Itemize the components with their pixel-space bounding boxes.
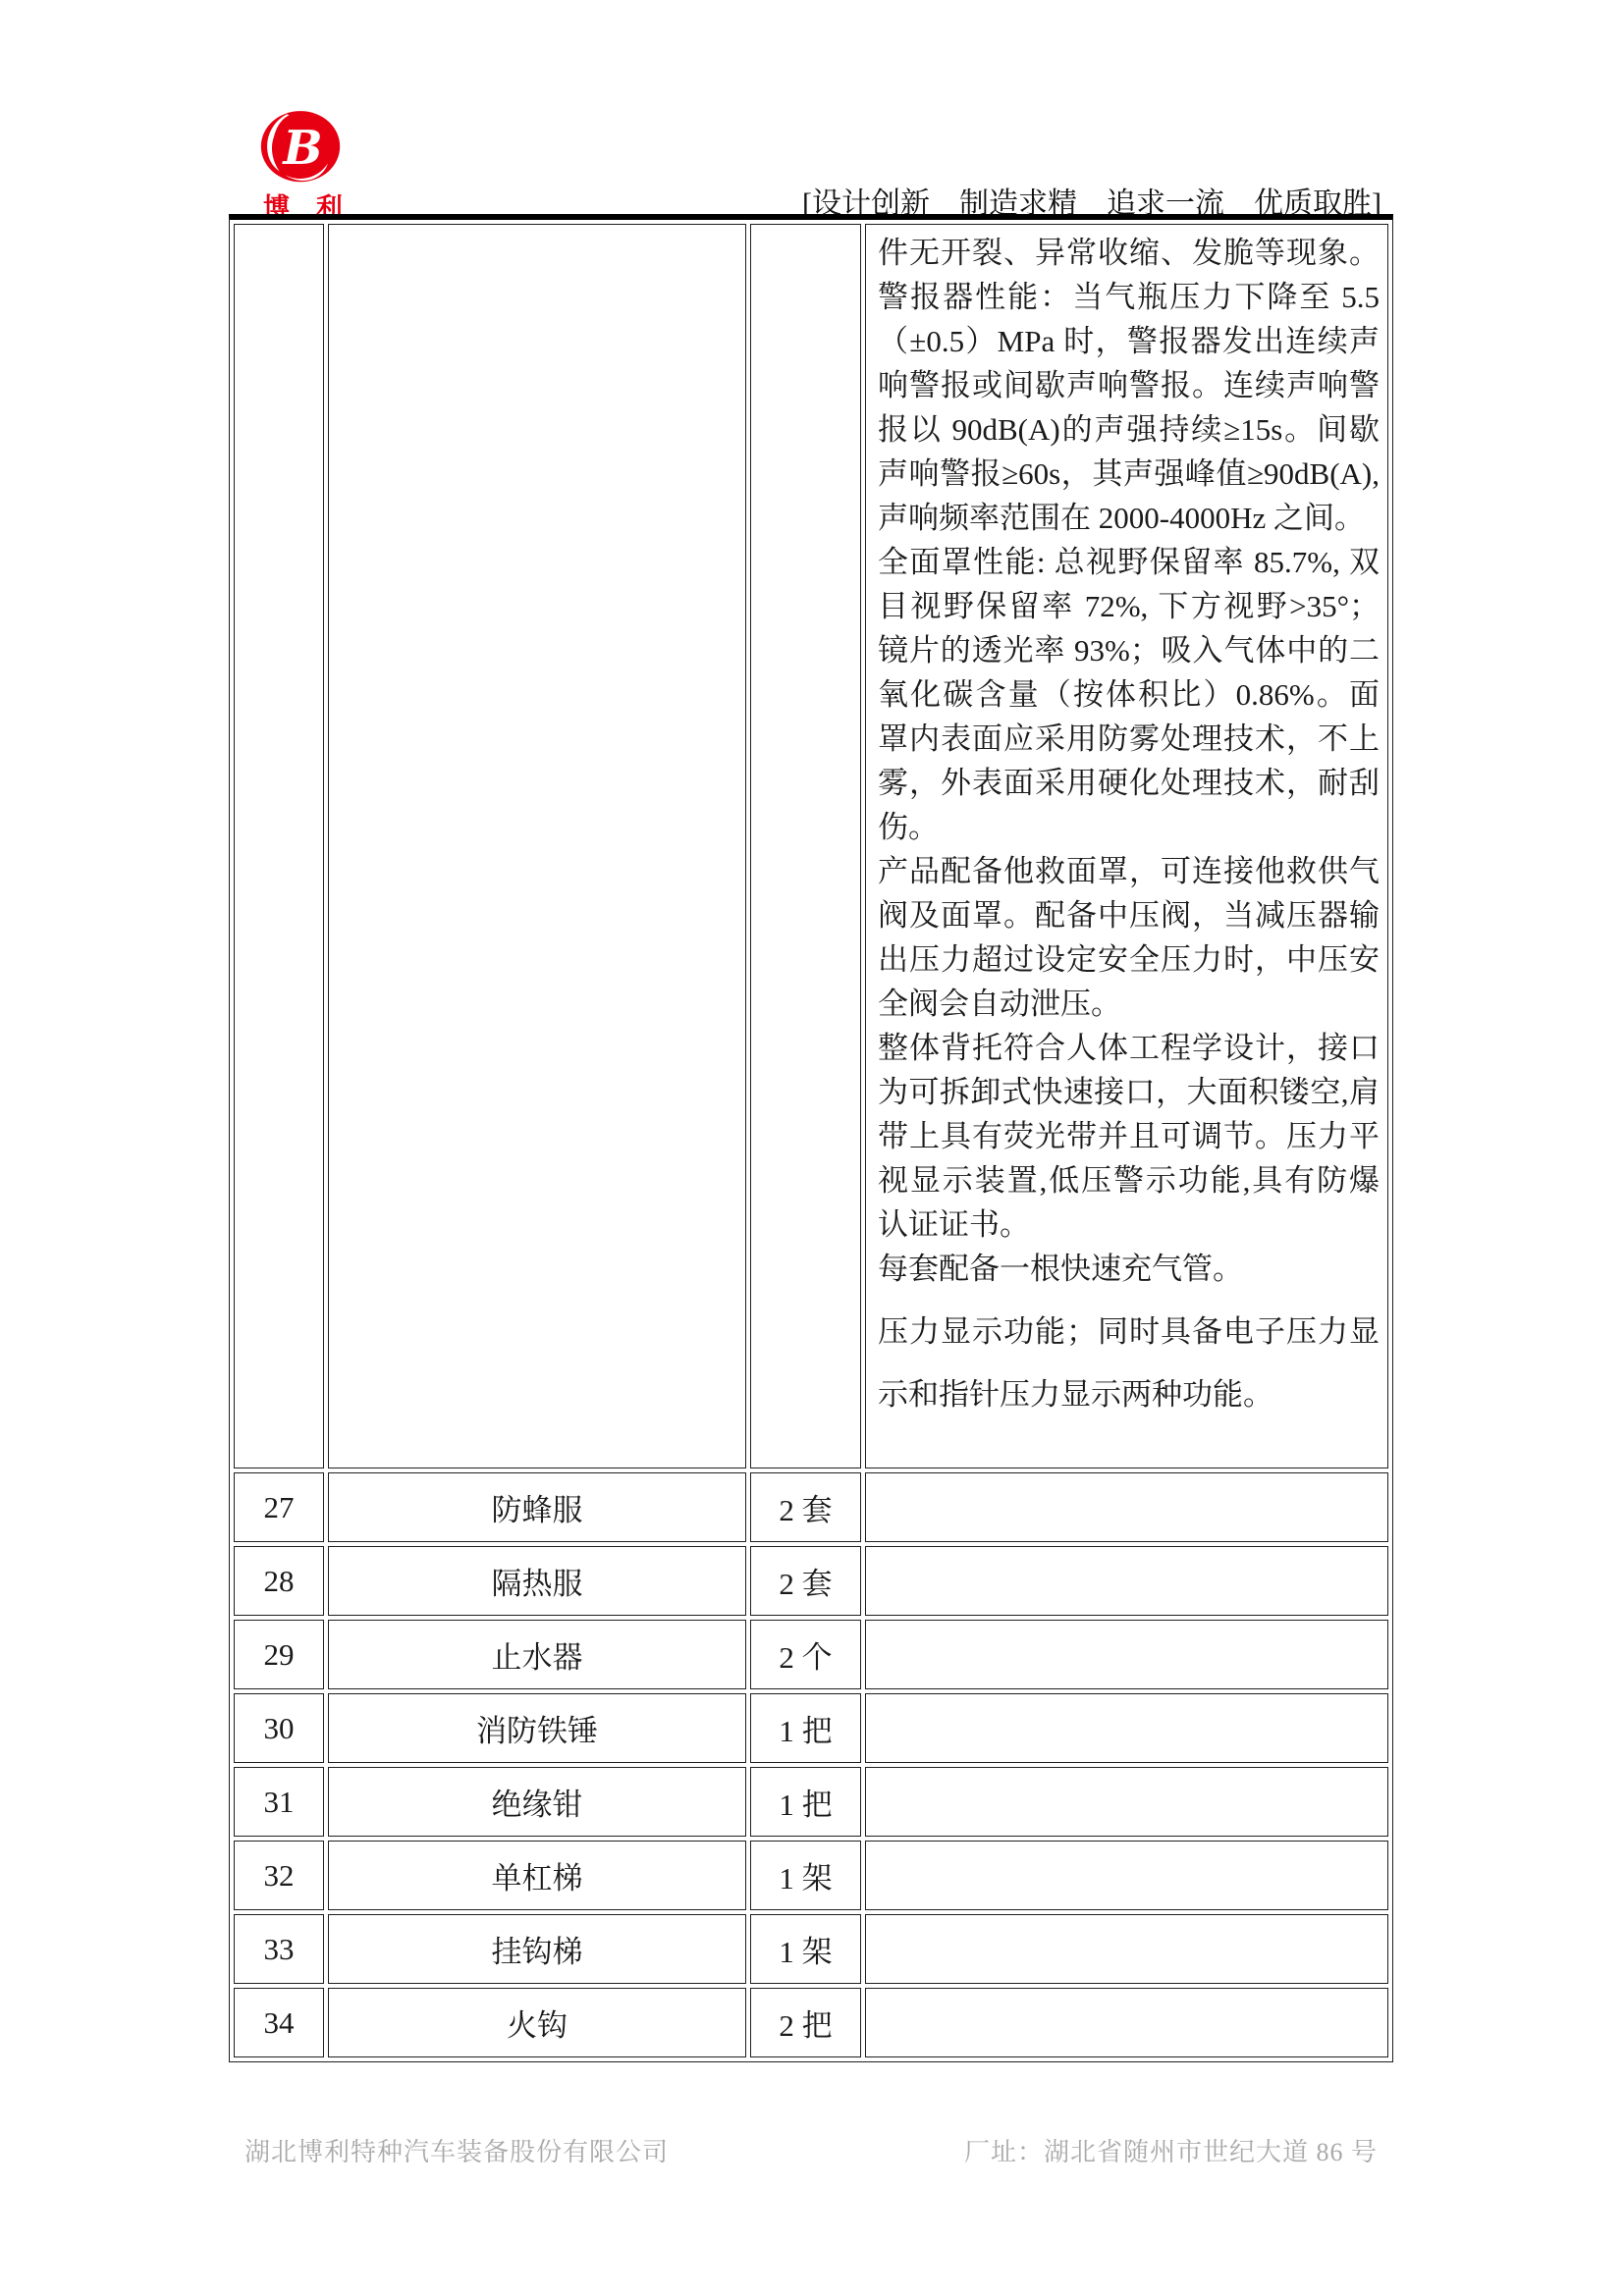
spec-qty-cell [750, 224, 861, 1468]
item-no: 27 [234, 1472, 324, 1542]
item-note [865, 1841, 1388, 1910]
item-qty: 1 架 [750, 1841, 861, 1910]
item-no: 29 [234, 1620, 324, 1689]
table-row: 27 防蜂服 2 套 [234, 1472, 1388, 1542]
logo-mark-icon: B [260, 110, 341, 185]
item-no: 28 [234, 1546, 324, 1616]
item-name: 消防铁锤 [328, 1693, 746, 1763]
company-logo: B 博 利 [253, 110, 348, 225]
item-no: 31 [234, 1767, 324, 1837]
table-row: 32 单杠梯 1 架 [234, 1841, 1388, 1910]
footer-company: 湖北博利特种汽车装备股份有限公司 [244, 2132, 669, 2168]
item-note [865, 1767, 1388, 1837]
svg-text:B: B [281, 121, 322, 176]
item-qty: 1 把 [750, 1693, 861, 1763]
item-name: 火钩 [328, 1988, 746, 2057]
item-no: 34 [234, 1988, 324, 2057]
item-name: 挂钩梯 [328, 1914, 746, 1984]
spec-name-cell [328, 224, 746, 1468]
item-name: 单杠梯 [328, 1841, 746, 1910]
spec-paragraph-6: 压力显示功能；同时具备电子压力显示和指针压力显示两种功能。 [878, 1301, 1380, 1426]
table-row: 31 绝缘钳 1 把 [234, 1767, 1388, 1837]
spec-description-cell: 件无开裂、异常收缩、发脆等现象。警报器性能：当气瓶压力下降至 5.5（±0.5）… [865, 224, 1388, 1468]
table-row: 29 止水器 2 个 [234, 1620, 1388, 1689]
spec-continuation-row: 件无开裂、异常收缩、发脆等现象。警报器性能：当气瓶压力下降至 5.5（±0.5）… [234, 224, 1388, 1468]
item-note [865, 1988, 1388, 2057]
item-no: 33 [234, 1914, 324, 1984]
spec-no-cell [234, 224, 324, 1468]
item-name: 止水器 [328, 1620, 746, 1689]
item-name: 防蜂服 [328, 1472, 746, 1542]
item-note [865, 1693, 1388, 1763]
item-note [865, 1546, 1388, 1616]
item-note [865, 1620, 1388, 1689]
equipment-table: 件无开裂、异常收缩、发脆等现象。警报器性能：当气瓶压力下降至 5.5（±0.5）… [229, 214, 1393, 2062]
spec-paragraph-2: 全面罩性能: 总视野保留率 85.7%, 双目视野保留率 72%, 下方视野>3… [878, 540, 1380, 849]
document-page: B 博 利 [设计创新 制造求精 追求一流 优质取胜] 件无开裂、异常收缩、发脆… [0, 0, 1624, 2296]
table-row: 33 挂钩梯 1 架 [234, 1914, 1388, 1984]
spec-paragraph-3: 产品配备他救面罩，可连接他救供气阀及面罩。配备中压阀，当减压器输出压力超过设定安… [878, 849, 1380, 1026]
table-row: 28 隔热服 2 套 [234, 1546, 1388, 1616]
item-qty: 1 架 [750, 1914, 861, 1984]
table-row: 34 火钩 2 把 [234, 1988, 1388, 2057]
item-no: 32 [234, 1841, 324, 1910]
item-note [865, 1472, 1388, 1542]
spec-paragraph-1: 件无开裂、异常收缩、发脆等现象。警报器性能：当气瓶压力下降至 5.5（±0.5）… [878, 231, 1380, 540]
footer-address: 厂址：湖北省随州市世纪大道 86 号 [964, 2132, 1378, 2168]
item-no: 30 [234, 1693, 324, 1763]
item-qty: 2 套 [750, 1546, 861, 1616]
table-row: 30 消防铁锤 1 把 [234, 1693, 1388, 1763]
item-name: 隔热服 [328, 1546, 746, 1616]
item-name: 绝缘钳 [328, 1767, 746, 1837]
item-qty: 2 套 [750, 1472, 861, 1542]
item-note [865, 1914, 1388, 1984]
item-qty: 2 个 [750, 1620, 861, 1689]
item-qty: 2 把 [750, 1988, 861, 2057]
item-qty: 1 把 [750, 1767, 861, 1837]
spec-paragraph-4: 整体背托符合人体工程学设计，接口为可拆卸式快速接口，大面积镂空,肩带上具有荧光带… [878, 1026, 1380, 1247]
spec-paragraph-5: 每套配备一根快速充气管。 [878, 1247, 1380, 1291]
